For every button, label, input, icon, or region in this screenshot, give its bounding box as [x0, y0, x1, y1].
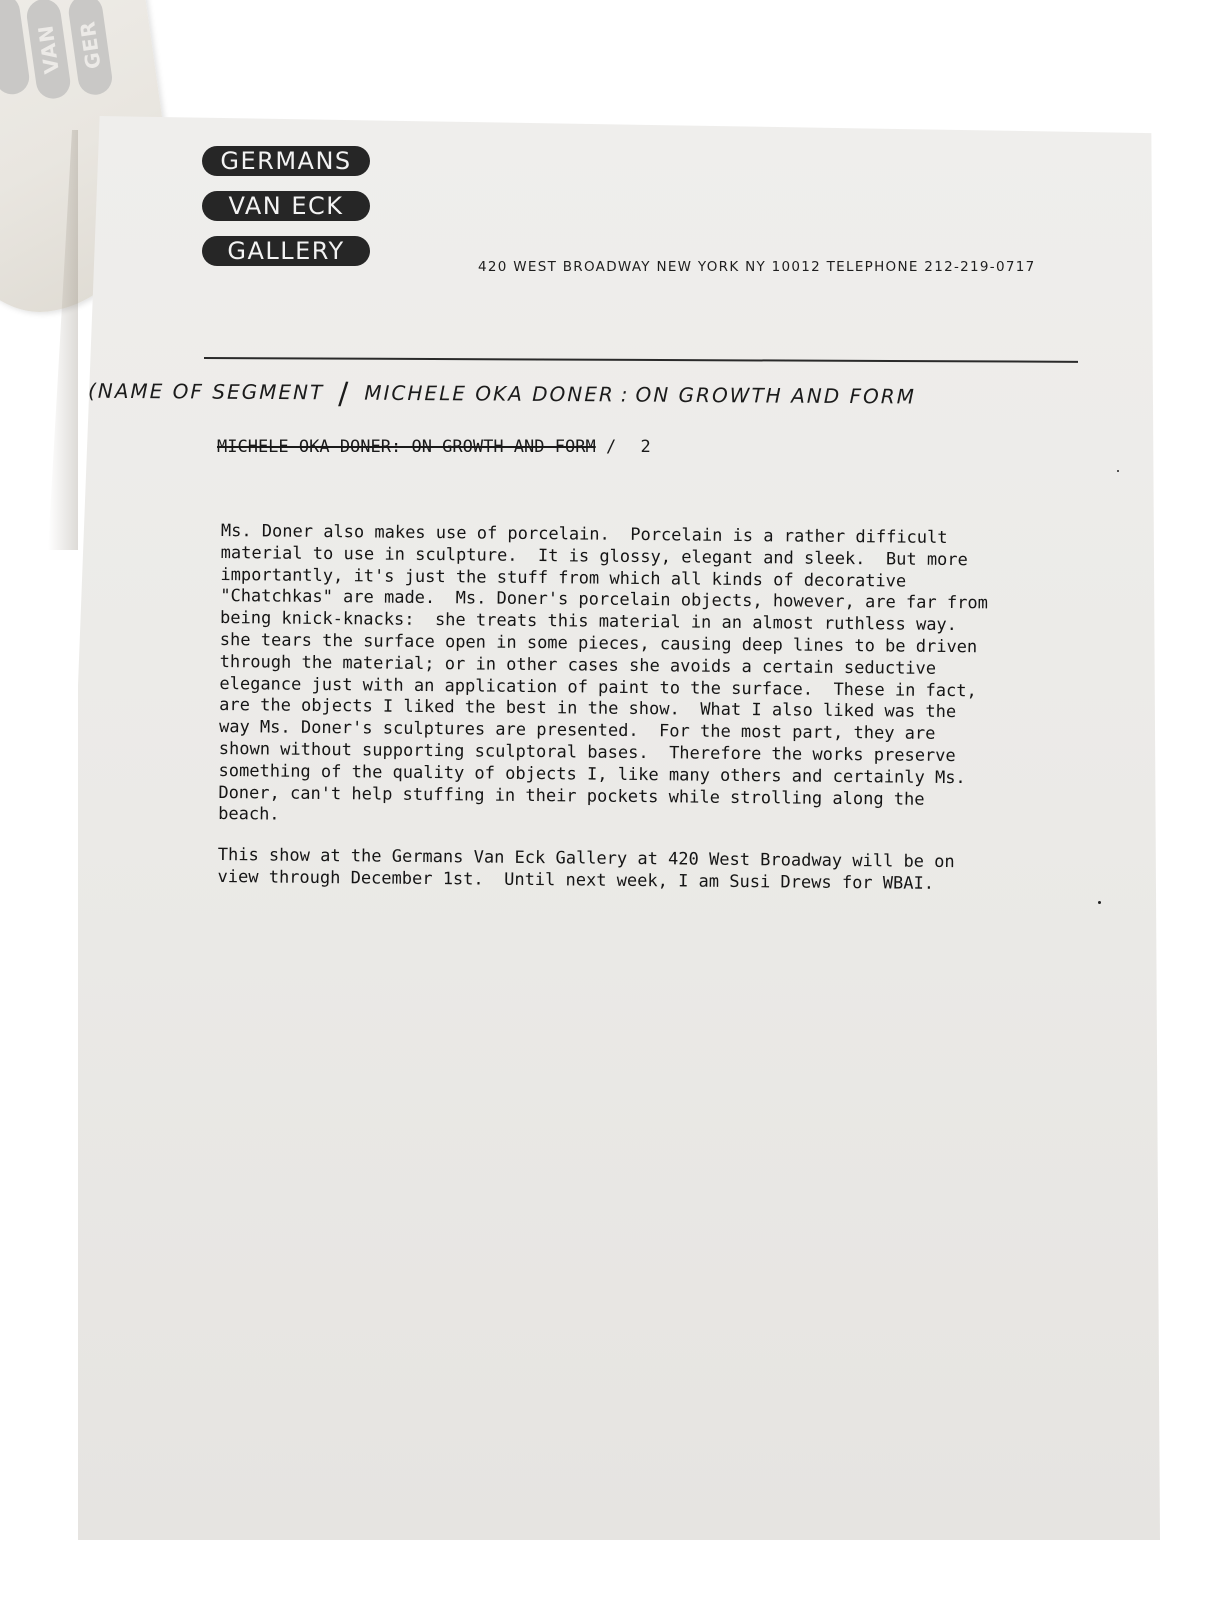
background-logo-tab: GER	[67, 0, 115, 97]
page-number: 2	[640, 437, 650, 457]
scan-speck	[1098, 901, 1101, 904]
handwritten-subtitle: ON GROWTH AND FORM	[635, 383, 916, 409]
header-separator: /	[606, 437, 616, 457]
handwritten-segment-name: (NAME OF SEGMENT/MICHELE OKA DONER:ON GR…	[88, 375, 1028, 417]
paragraph: This show at the Germans Van Eck Gallery…	[217, 845, 1037, 896]
handwritten-slash: /	[338, 376, 350, 411]
scan-speck	[1117, 470, 1119, 472]
gallery-logo: GERMANS VAN ECK GALLERY	[202, 146, 370, 281]
handwritten-label: (NAME OF SEGMENT	[88, 379, 324, 405]
letterhead-address: 420 WEST BROADWAY NEW YORK NY 10012 TELE…	[478, 259, 1036, 275]
handwritten-title: MICHELE OKA DONER	[364, 381, 615, 407]
handwritten-colon: :	[621, 382, 630, 406]
typed-page-header: MICHELE OKA DONER: ON GROWTH AND FORM / …	[217, 437, 651, 457]
logo-line: GERMANS	[202, 146, 370, 176]
document-body: Ms. Doner also makes use of porcelain. P…	[217, 521, 1041, 916]
struck-title: MICHELE OKA DONER: ON GROWTH AND FORM	[217, 437, 596, 457]
logo-line: VAN ECK	[202, 191, 370, 221]
logo-line: GALLERY	[202, 236, 370, 266]
background-logo-tab: VAN	[25, 0, 73, 101]
paragraph: Ms. Doner also makes use of porcelain. P…	[218, 521, 1041, 834]
